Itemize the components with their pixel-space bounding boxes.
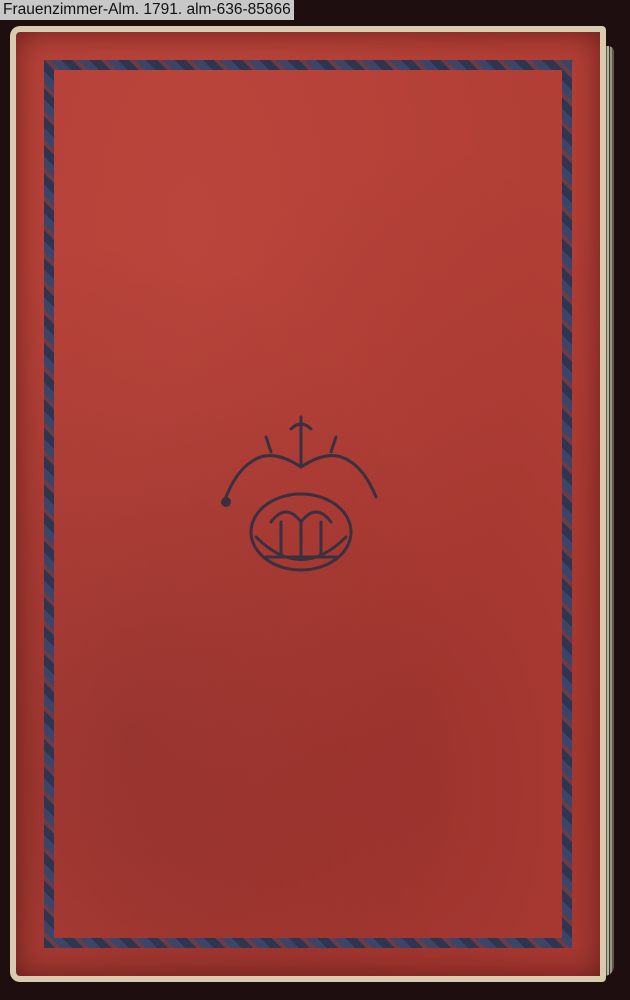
- book: [10, 26, 610, 974]
- book-cover: [10, 26, 606, 982]
- image-caption: Frauenzimmer-Alm. 1791. alm-636-85866: [0, 0, 294, 20]
- crown-emblem-icon: [211, 407, 391, 597]
